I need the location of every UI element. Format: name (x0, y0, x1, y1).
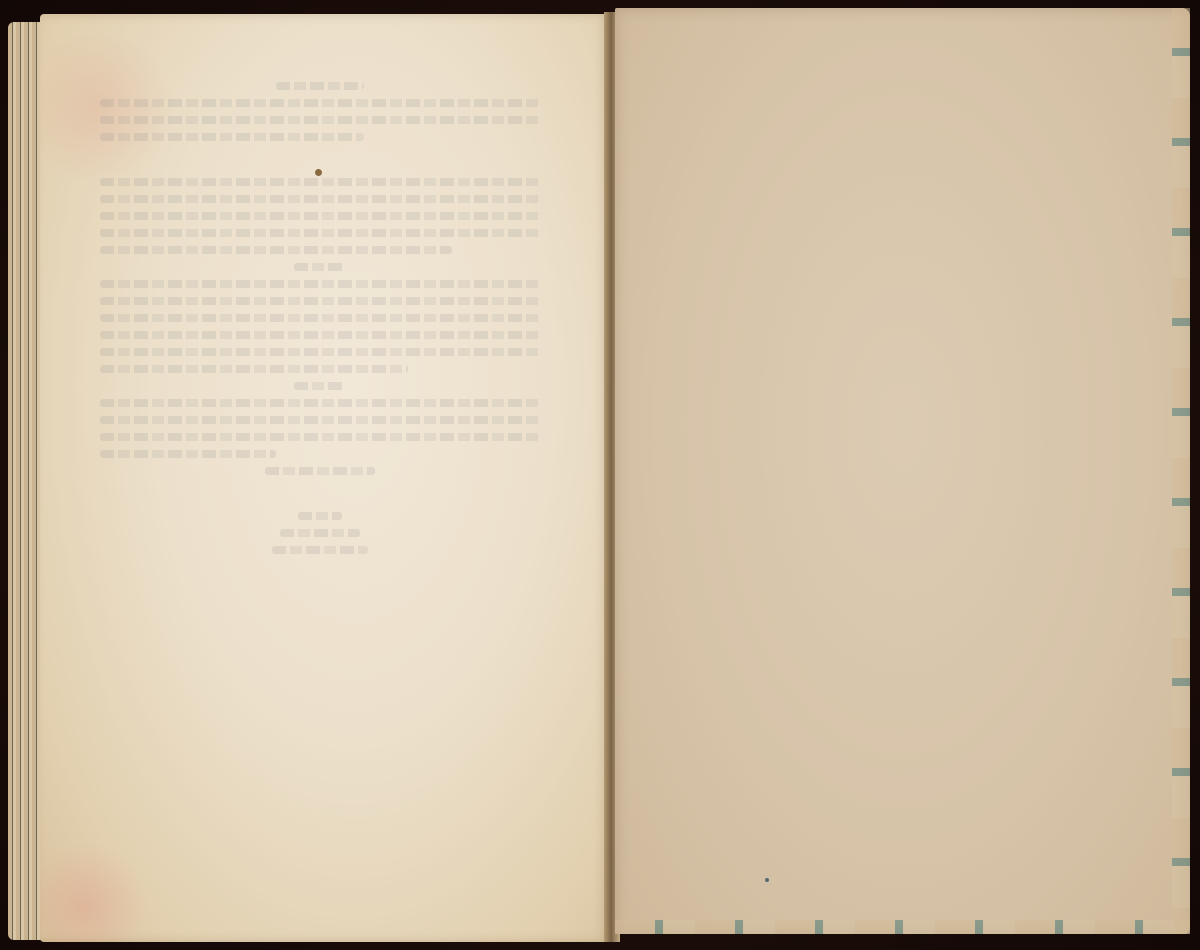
left-page (40, 14, 610, 942)
right-page (615, 8, 1190, 934)
bleed-through-text (100, 74, 540, 563)
